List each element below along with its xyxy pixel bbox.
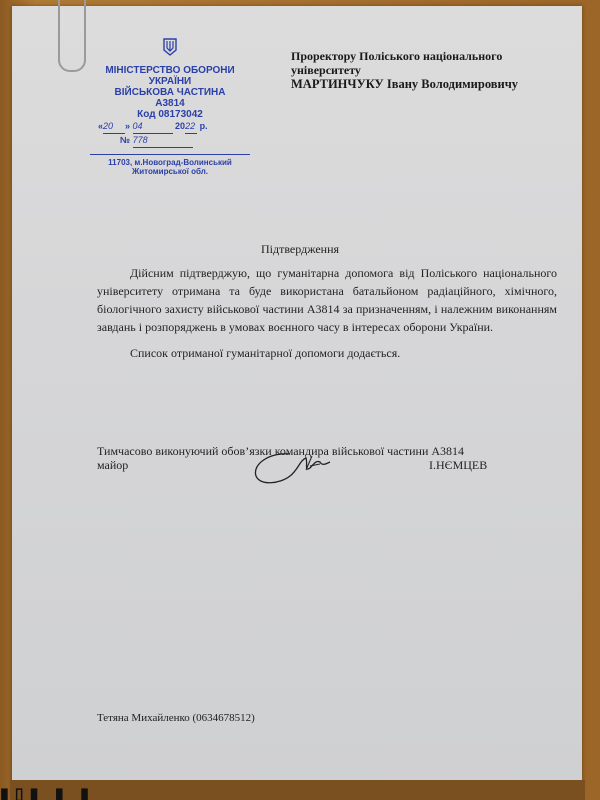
stamp-line: ВІЙСЬКОВА ЧАСТИНА (90, 87, 250, 98)
stamp-number-label: № (120, 135, 130, 145)
stamp-date-year-prefix: 20 (175, 121, 185, 131)
document-title: Підтвердження (0, 242, 600, 257)
handwritten-signature-icon (250, 450, 350, 490)
handwritten-marker-text: ▮▯▮ ▮ ▮ (0, 784, 95, 800)
desk-edge (10, 780, 585, 800)
stamp-number-value: 778 (133, 134, 193, 148)
stamp-address-line: 11703, м.Новоград-Волинський (90, 158, 250, 167)
stamp-line: МІНІСТЕРСТВО ОБОРОНИ (90, 65, 250, 76)
stamp-date-month: 04 (133, 120, 173, 134)
military-stamp: МІНІСТЕРСТВО ОБОРОНИ УКРАЇНИ ВІЙСЬКОВА Ч… (90, 38, 250, 176)
stamp-line: УКРАЇНИ (90, 76, 250, 87)
stamp-line: А3814 (90, 98, 250, 109)
recipient-name: МАРТИНЧУКУ Івану Володимировичу (291, 77, 561, 91)
stamp-date: «20» 04 2022 р. (90, 120, 250, 134)
stamp-number: № 778 (90, 134, 250, 148)
stamp-date-day: 20 (103, 120, 125, 134)
paper-clip-icon (58, 0, 86, 72)
stamp-address: 11703, м.Новоград-Волинський Житомирсько… (90, 154, 250, 176)
body-paragraph: Дійсним підтверджую, що гуманітарна допо… (97, 264, 557, 336)
stamp-date-suffix: р. (200, 121, 208, 131)
document-body: Дійсним підтверджую, що гуманітарна допо… (97, 264, 557, 362)
stamp-address-line: Житомирської обл. (90, 167, 250, 176)
contact-person: Тетяна Михайленко (0634678512) (97, 712, 255, 724)
recipient-line: університету (291, 63, 561, 77)
trident-icon (163, 38, 177, 56)
body-paragraph: Список отриманої гуманітарної допомоги д… (97, 344, 557, 362)
stamp-date-year: 22 (185, 120, 197, 134)
recipient-line: Проректору Поліського національного (291, 49, 561, 63)
recipient-block: Проректору Поліського національного унів… (291, 49, 561, 91)
stamp-code: Код 08173042 (90, 109, 250, 120)
signer-name: І.НЄМЦЕВ (429, 458, 487, 472)
